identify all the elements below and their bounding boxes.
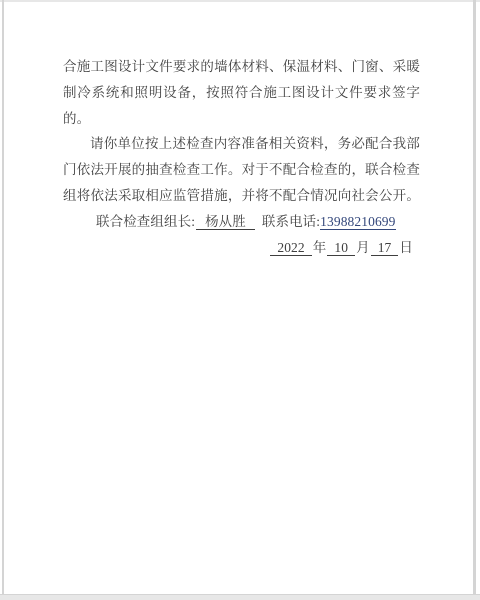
date-month-unit: 月 <box>356 240 370 255</box>
paragraph2-line3: 组将依法采取相应监管措施，并将不配合情况向社会公开。 <box>63 183 420 209</box>
paragraph1-line2: 制冷系统和照明设备，按照符合施工图设计文件要求签字 <box>63 80 420 106</box>
paragraph1-line3: 的。 <box>63 106 420 132</box>
phone-number: 13988210699 <box>320 214 395 230</box>
page-edge-left <box>2 0 4 600</box>
document-body: 合施工图设计文件要求的墙体材料、保温材料、门窗、采暖 制冷系统和照明设备，按照符… <box>63 54 420 260</box>
leader-label: 联合检查组组长: <box>96 214 195 229</box>
date-line: 2022年10月17日 <box>63 235 420 261</box>
date-day-unit: 日 <box>399 240 413 255</box>
paragraph2-line2: 门依法开展的抽查检查工作。对于不配合检查的，联合检查 <box>63 157 420 183</box>
date-day: 17 <box>371 240 399 256</box>
date-year: 2022 <box>270 240 311 256</box>
paragraph1-line1: 合施工图设计文件要求的墙体材料、保温材料、门窗、采暖 <box>63 54 420 80</box>
page-edge-bottom <box>0 594 480 600</box>
date-year-unit: 年 <box>313 240 327 255</box>
leader-name: 杨从胜 <box>196 214 255 230</box>
phone-label: 联系电话: <box>262 214 320 229</box>
page-edge-right <box>473 0 476 600</box>
page-edge-top <box>0 0 480 2</box>
paragraph2-line1: 请你单位按上述检查内容准备相关资料，务必配合我部 <box>63 131 420 157</box>
date-month: 10 <box>327 240 355 256</box>
signature-line: 联合检查组组长:杨从胜联系电话:13988210699 <box>63 209 420 235</box>
document-page: 合施工图设计文件要求的墙体材料、保温材料、门窗、采暖 制冷系统和照明设备，按照符… <box>0 0 480 600</box>
